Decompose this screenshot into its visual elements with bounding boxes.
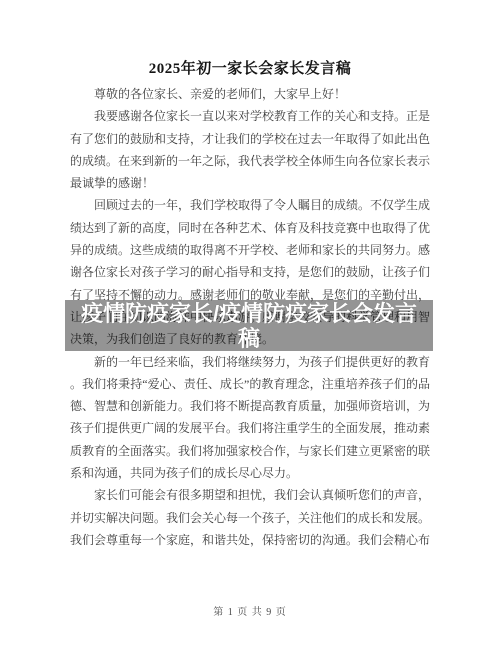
document-title: 2025年初一家长会家长发言稿: [0, 0, 500, 82]
paragraph: 尊敬的各位家长、亲爱的老师们，大家早上好！: [70, 83, 430, 105]
page-number-footer: 第 1 页 共 9 页: [0, 603, 500, 618]
paragraph: 新的一年已经来临，我们将继续努力，为孩子们提供更好的教育。我们将秉持“爱心、责任…: [70, 351, 430, 485]
watermark-shade: [65, 300, 433, 351]
paragraph: 家长们可能会有很多期望和担忧，我们会认真倾听您们的声音，并切实解决问题。我们会关…: [70, 484, 430, 551]
paragraph: 我要感谢各位家长一直以来对学校教育工作的关心和支持。正是有了您们的鼓励和支持，才…: [70, 105, 430, 194]
document-page: 2025年初一家长会家长发言稿 尊敬的各位家长、亲爱的老师们，大家早上好！我要感…: [0, 0, 500, 647]
